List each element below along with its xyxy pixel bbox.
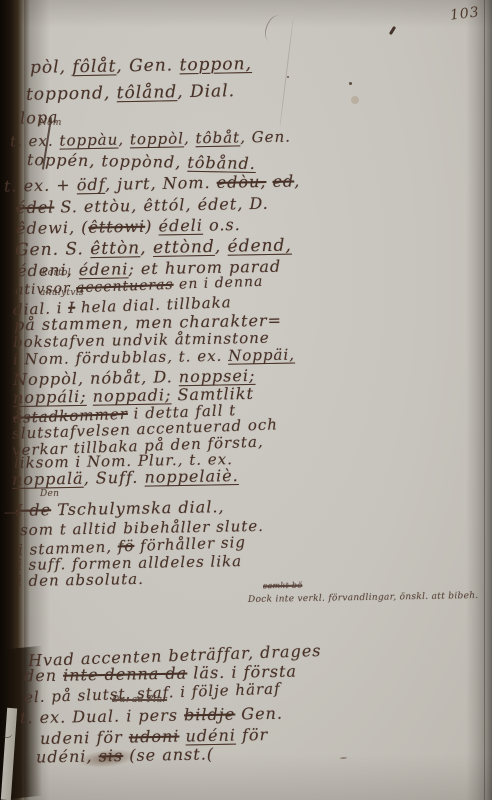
handwritten-insertion: kortol <box>42 268 71 278</box>
handwritten-insertion: samkt bö <box>263 581 303 591</box>
manuscript-photo: 103 pòl, fôlåt, Gen. toppon,toppond, tôl… <box>0 0 492 800</box>
handwritten-line: toppond, tôlånd, Dial. <box>26 81 235 105</box>
handwritten-line: pòl, fôlåt, Gen. toppon, <box>30 54 252 78</box>
handwritten-line: toppén, toppònd, tôbånd. <box>27 150 256 173</box>
handwritten-line: noppalä, Suff. noppelaiè. <box>12 466 239 489</box>
paper-stain <box>351 96 359 104</box>
paper-speck <box>287 76 289 78</box>
handwritten-line: udéni, sis (se anst.( <box>36 744 214 766</box>
handwritten-insertion: Du. ad Plur <box>112 695 167 705</box>
handwritten-insertion: Den <box>40 489 59 499</box>
page-stack-line <box>484 0 485 800</box>
handwritten-line: i den absoluta. <box>17 570 144 590</box>
handwritten-insertion: anulytvis <box>40 288 84 298</box>
paper-speck <box>349 82 352 85</box>
page-right-edge <box>466 0 492 800</box>
handwritten-line: I de Tschulymska dial., <box>16 497 225 520</box>
handwritten-insertion: Nom <box>39 118 62 128</box>
handwritten-line: êdewi, (êttowi) édeli o.s. <box>16 215 241 238</box>
